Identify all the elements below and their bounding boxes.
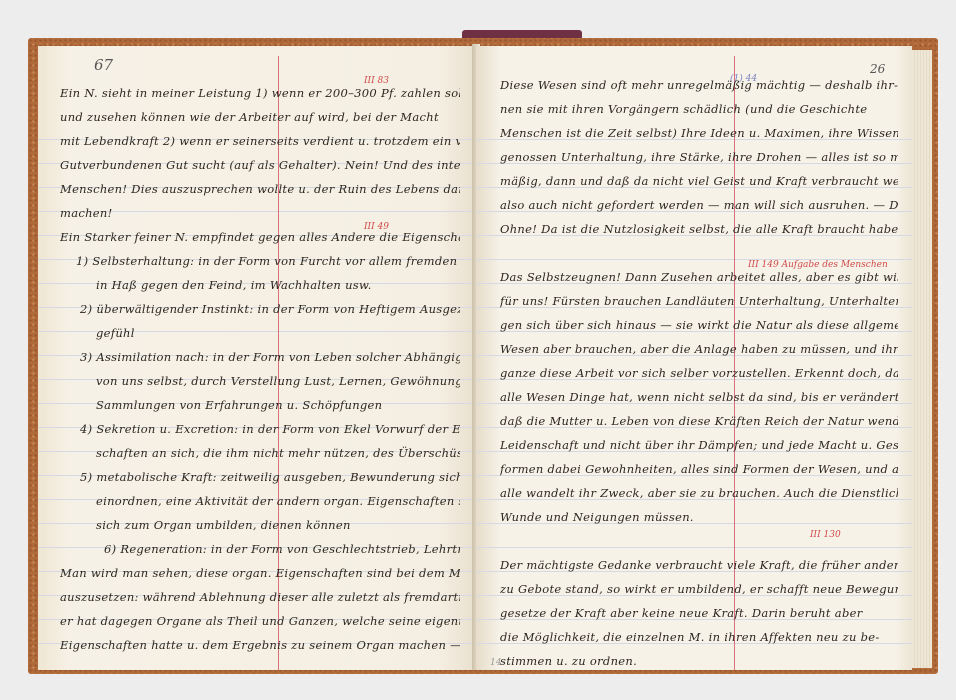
text-line: Wesen aber brauchen, aber die Anlage hab… [500,338,898,362]
text-line: einordnen, eine Aktivität der andern org… [60,490,460,514]
text-line: Menschen! Dies auszusprechen wollte u. d… [60,178,460,202]
text-line [500,242,898,266]
left-page: 67 III 83 III 49 Ein N. sieht in meiner … [38,46,474,670]
text-line: genossen Unterhaltung, ihre Stärke, ihre… [500,146,898,170]
text-line: alle wandelt ihr Zweck, aber sie zu brau… [500,482,898,506]
text-line: Ein N. sieht in meiner Leistung 1) wenn … [60,82,460,106]
text-line: Ohne! Da ist die Nutzlosigkeit selbst, d… [500,218,898,242]
text-line: formen dabei Gewohnheiten, alles sind Fo… [500,458,898,482]
text-line: 1) Selbsterhaltung: in der Form von Furc… [60,250,460,274]
handwritten-text: Ein N. sieht in meiner Leistung 1) wenn … [60,82,460,658]
text-line: stimmen u. zu ordnen. [500,650,898,670]
text-line: gefühl [60,322,460,346]
text-line: Diese Wesen sind oft mehr unregelmäßig m… [500,74,898,98]
text-line: gen sich über sich hinaus — sie wirkt di… [500,314,898,338]
text-line: von uns selbst, durch Verstellung Lust, … [60,370,460,394]
text-line: mit Lebendkraft 2) wenn er seinerseits v… [60,130,460,154]
text-line: machen! [60,202,460,226]
text-line: und zusehen können wie der Arbeiter auf … [60,106,460,130]
text-line: 6) Regeneration: in der Form von Geschle… [60,538,460,562]
text-line: Gutverbundenen Gut sucht (auf als Gehalt… [60,154,460,178]
text-line: 2) überwältigender Instinkt: in der Form… [60,298,460,322]
text-line: alle Wesen Dinge hat, wenn nicht selbst … [500,386,898,410]
text-line: nen sie mit ihren Vorgängern schädlich (… [500,98,898,122]
text-line: schaften an sich, die ihm nicht mehr nüt… [60,442,460,466]
page-edges [912,50,932,668]
text-line: Ein Starker feiner N. empfindet gegen al… [60,226,460,250]
text-line: zu Gebote stand, so wirkt er umbildend, … [500,578,898,602]
right-page: 26 (1) 44 III 149 Aufgabe des Menschen I… [476,46,912,670]
text-line: die Möglichkeit, die einzelnen M. in ihr… [500,626,898,650]
text-line: in Haß gegen den Feind, im Wachhalten us… [60,274,460,298]
text-line: Eigenschaften hatte u. dem Ergebnis zu s… [60,634,460,658]
text-line: 3) Assimilation nach: in der Form von Le… [60,346,460,370]
text-line: Leidenschaft und nicht über ihr Dämpfen;… [500,434,898,458]
text-line: gesetze der Kraft aber keine neue Kraft.… [500,602,898,626]
text-line: auszusetzen: während Ablehnung dieser al… [60,586,460,610]
text-line: 4) Sekretion u. Excretion: in der Form v… [60,418,460,442]
text-line: er hat dagegen Organe als Theil und Ganz… [60,610,460,634]
text-line: Man wird man sehen, diese organ. Eigensc… [60,562,460,586]
text-line: sich zum Organ umbilden, dienen können [60,514,460,538]
text-line: Der mächtigste Gedanke verbraucht viele … [500,554,898,578]
footer-number: 14 [490,658,501,668]
text-line: 5) metabolische Kraft: zeitweilig ausgeb… [60,466,460,490]
text-line: für uns! Fürsten brauchen Landläuten Unt… [500,290,898,314]
text-line: Das Selbstzeugnen! Dann Zusehen arbeitet… [500,266,898,290]
page-number: 67 [94,56,113,74]
text-line: Wunde und Neigungen müssen. [500,506,898,530]
text-line [500,530,898,554]
text-line: also auch nicht gefordert werden — man w… [500,194,898,218]
text-line: ganze diese Arbeit vor sich selber vorzu… [500,362,898,386]
text-line: Menschen ist die Zeit selbst) Ihre Ideen… [500,122,898,146]
text-line: mäßig, dann und daß da nicht viel Geist … [500,170,898,194]
text-line: daß die Mutter u. Leben von diese Kräfte… [500,410,898,434]
text-line: Sammlungen von Erfahrungen u. Schöpfunge… [60,394,460,418]
handwritten-text: Diese Wesen sind oft mehr unregelmäßig m… [500,74,898,670]
